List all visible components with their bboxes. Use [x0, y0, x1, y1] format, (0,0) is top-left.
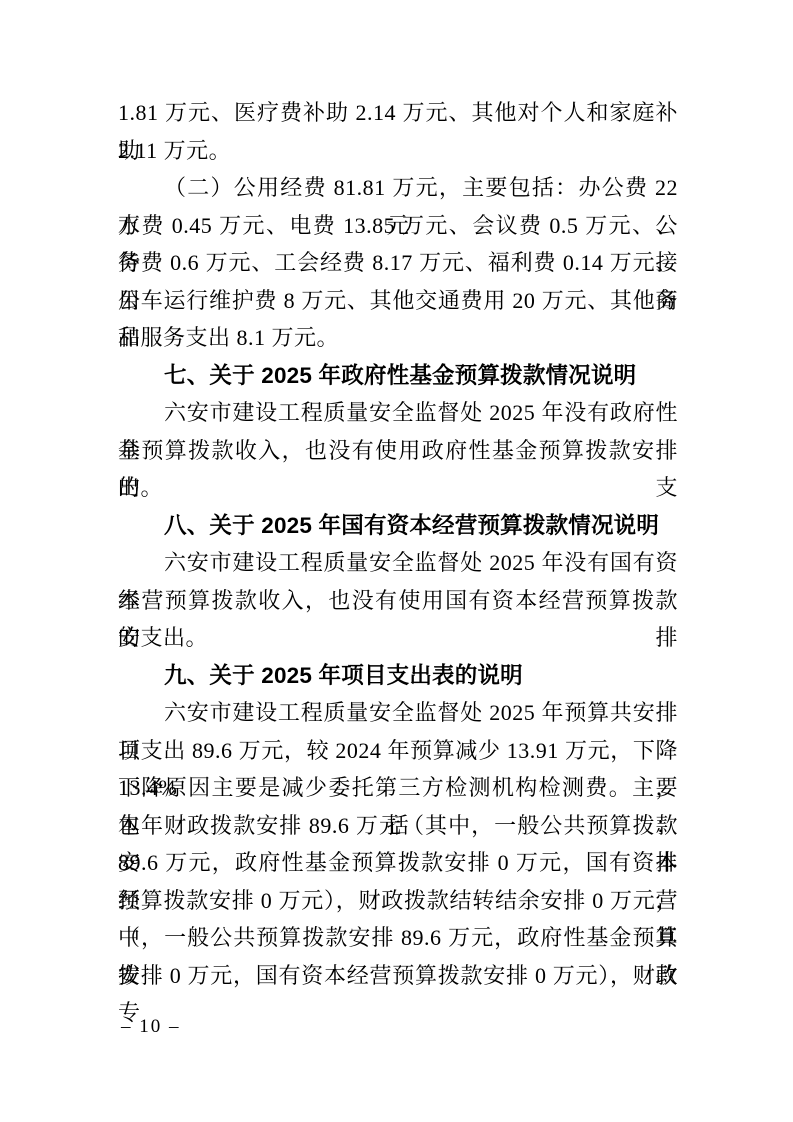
text-line: 1.81 万元、医疗费补助 2.14 万元、其他对个人和家庭补助: [118, 94, 678, 132]
text-line: 六安市建设工程质量安全监督处 2025 年没有政府性基: [118, 394, 678, 432]
text-line: 2.11 万元。: [118, 132, 678, 170]
text-line: 目支出 89.6 万元，较 2024 年预算减少 13.91 万元，下降 13.…: [118, 732, 678, 770]
text-line: 经营预算拨款收入，也没有使用国有资本经营预算拨款安排: [118, 582, 678, 620]
para-personnel-subsidies-continued: 1.81 万元、医疗费补助 2.14 万元、其他对个人和家庭补助2.11 万元。: [118, 94, 678, 169]
document-page: 1.81 万元、医疗费补助 2.14 万元、其他对个人和家庭补助2.11 万元。…: [0, 0, 793, 1122]
text-line: 89.6 万元，政府性基金预算拨款安排 0 万元，国有资本经营: [118, 844, 678, 882]
text-line: 六安市建设工程质量安全监督处 2025 年预算共安排项: [118, 694, 678, 732]
text-line: 安排 0 万元，国有资本经营预算拨款安排 0 万元），财政专: [118, 957, 678, 995]
para-state-capital: 六安市建设工程质量安全监督处 2025 年没有国有资本经营预算拨款收入，也没有使…: [118, 544, 678, 657]
page-number: – 10 –: [121, 1012, 181, 1042]
text-line: 待费 0.6 万元、工会经费 8.17 万元、福利费 0.14 万元、公务: [118, 244, 678, 282]
text-line: 金预算拨款收入，也没有使用政府性基金预算拨款安排的支: [118, 432, 678, 470]
document-body: 1.81 万元、医疗费补助 2.14 万元、其他对个人和家庭补助2.11 万元。…: [118, 94, 678, 994]
heading-line: 七、关于 2025 年政府性基金预算拨款情况说明: [118, 357, 678, 395]
heading-line: 九、关于 2025 年项目支出表的说明: [118, 657, 678, 695]
text-line: 和服务支出 8.1 万元。: [118, 319, 678, 357]
text-line: （二）公用经费 81.81 万元，主要包括：办公费 22 万元、: [118, 169, 678, 207]
text-line: 下降原因主要是减少委托第三方检测机构检测费。主要包括：: [118, 769, 678, 807]
heading-section-7: 七、关于 2025 年政府性基金预算拨款情况说明: [118, 357, 678, 395]
heading-line: 八、关于 2025 年国有资本经营预算拨款情况说明: [118, 507, 678, 545]
para-project-expenditure: 六安市建设工程质量安全监督处 2025 年预算共安排项目支出 89.6 万元，较…: [118, 694, 678, 994]
text-line: 水费 0.45 万元、电费 13.85 万元、会议费 0.5 万元、公务接: [118, 207, 678, 245]
text-line: 中，一般公共预算拨款安排 89.6 万元，政府性基金预算拨款: [118, 919, 678, 957]
para-government-fund: 六安市建设工程质量安全监督处 2025 年没有政府性基金预算拨款收入，也没有使用…: [118, 394, 678, 507]
heading-section-8: 八、关于 2025 年国有资本经营预算拨款情况说明: [118, 507, 678, 545]
heading-section-9: 九、关于 2025 年项目支出表的说明: [118, 657, 678, 695]
text-line: 六安市建设工程质量安全监督处 2025 年没有国有资本: [118, 544, 678, 582]
text-line: 用车运行维护费 8 万元、其他交通费用 20 万元、其他商品: [118, 282, 678, 320]
text-line: 本年财政拨款安排 89.6 万元（其中，一般公共预算拨款安排: [118, 807, 678, 845]
text-line: 预算拨款安排 0 万元），财政拨款结转结余安排 0 万元，（其: [118, 882, 678, 920]
para-public-funds: （二）公用经费 81.81 万元，主要包括：办公费 22 万元、水费 0.45 …: [118, 169, 678, 357]
